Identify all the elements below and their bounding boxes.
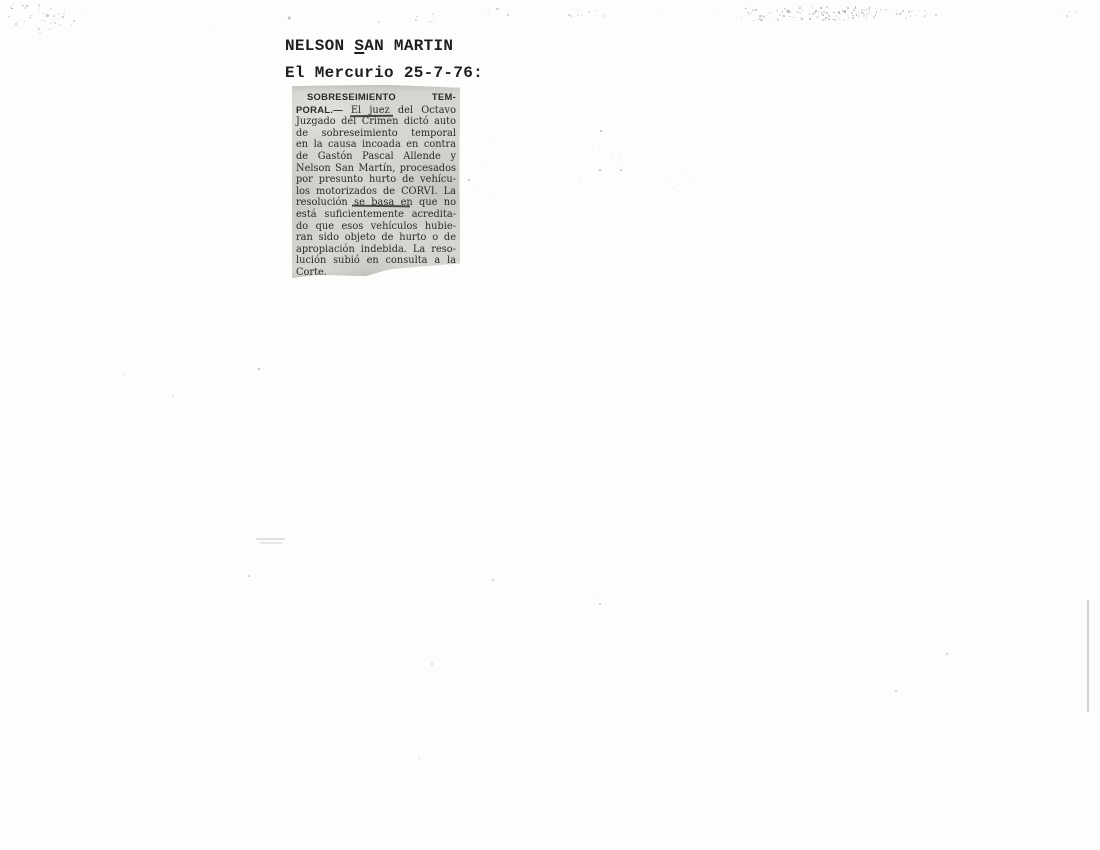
scan-noise-speck <box>809 13 811 15</box>
scan-noise-speck <box>741 17 743 19</box>
caption-source-line: El Mercurio 25-7-76: <box>285 60 483 87</box>
scan-noise-speck <box>47 16 48 17</box>
scan-noise-speck <box>828 18 830 20</box>
scan-noise-speck <box>482 163 483 164</box>
clipping-line: está suficientemente acredita- <box>296 209 456 221</box>
scan-noise-speck <box>468 179 470 181</box>
scan-noise-speck <box>833 12 835 14</box>
scan-noise-speck <box>915 14 917 16</box>
clipping-line: Juzgado del Crimen dictó auto <box>296 116 456 128</box>
scan-noise-speck <box>765 18 766 19</box>
caption-name-underlined-letter: S <box>354 37 364 55</box>
clipping-line: de sobreseimiento temporal <box>296 128 456 140</box>
news-clipping: SOBRESEIMIENTO TEM-PORAL.— El juez del O… <box>292 85 460 278</box>
scan-noise-speck <box>429 21 431 23</box>
scan-noise-speck <box>577 14 579 16</box>
scan-noise-speck <box>123 373 125 375</box>
scanned-page: NELSON SAN MARTIN El Mercurio 25-7-76: S… <box>0 0 1100 850</box>
scan-noise-speck <box>880 9 882 11</box>
scan-noise-speck <box>712 10 713 11</box>
scan-noise-speck <box>905 13 906 14</box>
scan-noise-speck <box>825 17 827 19</box>
scan-noise-speck <box>822 14 824 16</box>
scan-noise-speck <box>599 169 601 171</box>
scan-noise-speck <box>44 20 46 22</box>
scan-noise-speck <box>71 24 73 26</box>
scan-noise-speck <box>1075 11 1077 13</box>
clipping-line: resolución se basa en que no <box>296 197 456 209</box>
scan-noise-speck <box>760 20 761 21</box>
scan-noise-speck <box>73 20 75 22</box>
scan-noise-speck <box>865 18 867 20</box>
scan-noise-speck <box>570 15 572 17</box>
scan-noise-speck <box>926 13 927 14</box>
scan-noise-speck <box>858 12 860 14</box>
scan-noise-speck <box>853 10 854 11</box>
scan-noise-speck <box>611 152 612 153</box>
caption-name-post: AN MARTIN <box>364 37 453 55</box>
scan-noise-speck <box>600 130 602 132</box>
scan-noise-speck <box>899 13 901 15</box>
scan-noise-speck <box>415 19 417 21</box>
scan-noise-speck <box>44 25 46 27</box>
clipping-line: los motorizados de CORVI. La <box>296 186 456 198</box>
scan-noise-speck <box>620 169 622 171</box>
scan-noise-speck <box>797 11 798 12</box>
clipping-line: lución subió en consulta a la <box>296 255 456 267</box>
scan-noise-speck <box>1069 11 1070 12</box>
scan-noise-speck <box>418 757 420 759</box>
scan-noise-speck <box>599 603 601 605</box>
scan-noise-speck <box>828 14 829 15</box>
scan-noise-speck <box>868 9 870 11</box>
scan-noise-speck <box>906 18 907 19</box>
scan-noise-speck <box>809 18 811 20</box>
scan-noise-speck <box>686 173 687 174</box>
scan-noise-speck <box>884 9 886 11</box>
scan-noise-speck <box>58 24 59 25</box>
clipping-line: SOBRESEIMIENTO TEM- <box>296 91 456 104</box>
scan-noise-speck <box>568 14 570 16</box>
scan-noise-speck <box>902 10 904 12</box>
scan-noise-speck <box>908 11 910 13</box>
scan-noise-speck <box>826 6 828 8</box>
caption-name-pre: NELSON <box>285 37 354 55</box>
scan-noise-speck <box>911 11 912 12</box>
scan-noise-speck <box>780 8 781 9</box>
scan-noise-speck <box>751 12 752 13</box>
caption-name-line: NELSON SAN MARTIN <box>285 33 483 60</box>
scan-noise-speck <box>802 10 803 11</box>
scan-noise-speck <box>43 13 45 15</box>
scan-noise-speck <box>1057 12 1058 13</box>
clipping-line: apropiación indebida. La reso- <box>296 244 456 256</box>
scan-noise-speck <box>416 16 417 17</box>
scan-noise-speck <box>55 22 56 23</box>
scan-noise-speck <box>838 17 839 18</box>
scan-noise-speck <box>817 16 819 18</box>
scan-noise-speck <box>924 10 926 12</box>
scan-noise-speck <box>39 32 41 34</box>
scan-noise-speck <box>492 579 494 581</box>
scan-noise-speck <box>598 598 599 599</box>
scan-noise-speck <box>875 14 877 16</box>
scan-noise-speck <box>886 9 888 11</box>
scan-noise-speck <box>811 6 813 8</box>
scan-noise-speck <box>757 19 759 21</box>
scan-noise-speck <box>585 16 586 17</box>
scan-noise-speck <box>924 15 926 17</box>
scan-noise-speck <box>41 20 42 21</box>
scan-noise-speck <box>910 15 912 17</box>
scan-smudge <box>256 538 285 540</box>
scan-noise-speck <box>490 140 491 141</box>
scan-smudge <box>260 542 282 544</box>
clipping-line: PORAL.— El juez del Octavo <box>296 104 456 117</box>
scan-noise-speck <box>64 9 65 10</box>
scan-noise-speck <box>852 17 854 19</box>
scan-noise-speck <box>927 12 928 13</box>
scan-noise-speck <box>55 18 56 19</box>
scan-noise-speck <box>50 22 51 23</box>
scan-noise-speck <box>24 21 25 22</box>
scan-noise-speck <box>747 12 748 13</box>
scan-noise-speck <box>498 8 500 10</box>
scan-noise-speck <box>896 13 898 15</box>
scan-noise-speck <box>782 11 783 12</box>
scan-noise-speck <box>24 7 26 9</box>
scan-noise-speck <box>602 15 604 17</box>
scan-noise-speck <box>773 20 774 21</box>
scan-noise-speck <box>38 9 40 11</box>
scan-noise-speck <box>844 11 846 13</box>
scan-noise-speck <box>52 27 54 29</box>
scan-noise-speck <box>946 653 948 655</box>
scan-noise-speck <box>406 28 407 29</box>
scan-noise-speck <box>86 10 87 11</box>
scan-noise-speck <box>829 8 830 9</box>
scan-noise-speck <box>8 16 10 18</box>
scan-noise-speck <box>432 13 434 15</box>
scan-edge-artifact <box>1087 600 1089 712</box>
scan-noise-speck <box>258 368 260 370</box>
scan-noise-speck <box>812 13 814 15</box>
scan-noise-speck <box>855 6 856 7</box>
scan-noise-speck <box>477 187 478 188</box>
scan-noise-speck <box>866 13 868 15</box>
scan-noise-speck <box>38 4 40 6</box>
scan-noise-speck <box>248 575 250 577</box>
scan-noise-speck <box>507 14 509 16</box>
scan-noise-speck <box>38 28 40 30</box>
scan-noise-speck <box>581 14 583 16</box>
scan-noise-speck <box>1068 11 1069 12</box>
scan-noise-speck <box>835 15 837 17</box>
scan-noise-speck <box>783 15 785 17</box>
scan-noise-speck <box>791 12 792 13</box>
scan-noise-speck <box>779 14 781 16</box>
scan-noise-speck <box>40 12 41 13</box>
scan-noise-speck <box>63 18 65 20</box>
scan-noise-speck <box>13 4 14 5</box>
scan-noise-speck <box>776 9 778 11</box>
clipping-text: SOBRESEIMIENTO TEM-PORAL.— El juez del O… <box>296 91 456 279</box>
clipping-line: do que esos vehículos hubie- <box>296 221 456 233</box>
scan-noise-speck <box>840 14 841 15</box>
scan-noise-speck <box>688 182 689 183</box>
scan-noise-speck <box>595 15 596 16</box>
scan-noise-speck <box>787 10 789 12</box>
scan-noise-speck <box>873 16 874 17</box>
scan-noise-speck <box>752 10 754 12</box>
scan-noise-speck <box>847 10 848 11</box>
scan-noise-speck <box>865 16 866 17</box>
scan-noise-speck <box>789 16 790 17</box>
scan-noise-speck <box>847 7 849 9</box>
scan-noise-speck <box>793 17 794 18</box>
scan-noise-speck <box>507 9 508 10</box>
scan-noise-speck <box>800 12 801 13</box>
clipping-line: por presunto hurto de vehícu- <box>296 174 456 186</box>
scan-noise-speck <box>876 11 878 13</box>
scan-noise-speck <box>818 11 819 12</box>
clipping-line: Corte. <box>296 267 456 279</box>
scan-noise-speck <box>172 395 174 397</box>
scan-noise-speck <box>597 10 598 11</box>
scan-noise-speck <box>885 17 886 18</box>
scan-noise-speck <box>1058 15 1060 17</box>
scan-noise-speck <box>765 15 766 16</box>
scan-noise-speck <box>493 199 494 200</box>
scan-noise-speck <box>10 6 12 8</box>
scan-noise-speck <box>378 21 380 23</box>
scan-noise-speck <box>49 29 50 30</box>
scan-noise-speck <box>859 11 860 12</box>
scan-noise-speck <box>656 12 657 13</box>
scan-noise-speck <box>669 176 670 177</box>
scan-noise-speck <box>851 12 853 14</box>
clipping-line: ran sido objeto de hurto o de <box>296 232 456 244</box>
scan-noise-speck <box>599 149 600 150</box>
scan-noise-speck <box>1066 15 1068 17</box>
scan-noise-speck <box>799 7 801 9</box>
scan-noise-speck <box>58 13 60 15</box>
scan-noise-speck <box>823 11 825 13</box>
scan-noise-speck <box>673 187 674 188</box>
scan-noise-speck <box>31 17 33 19</box>
scan-noise-speck <box>432 21 433 22</box>
clipping-line: en la causa incoada en contra <box>296 139 456 151</box>
clipping-line: de Gastón Pascal Allende y <box>296 151 456 163</box>
scan-noise-speck <box>839 19 840 20</box>
scan-noise-speck <box>749 13 750 14</box>
scan-noise-speck <box>50 8 52 10</box>
scan-noise-speck <box>577 9 578 10</box>
scan-noise-speck <box>769 12 770 13</box>
scan-noise-speck <box>935 14 936 15</box>
scan-noise-speck <box>215 30 216 31</box>
scan-noise-speck <box>869 12 870 13</box>
scan-noise-speck <box>753 20 754 21</box>
scan-noise-speck <box>895 690 897 692</box>
scan-noise-speck <box>755 9 757 11</box>
scan-noise-speck <box>777 19 779 21</box>
scan-noise-speck <box>889 11 890 12</box>
scan-noise-speck <box>858 15 860 17</box>
scan-noise-speck <box>820 7 822 9</box>
scan-noise-speck <box>843 19 845 21</box>
scan-noise-speck <box>431 663 433 665</box>
scan-noise-speck <box>855 14 857 16</box>
scan-noise-speck <box>258 393 259 394</box>
scan-noise-speck <box>579 181 580 182</box>
scan-noise-speck <box>15 23 17 25</box>
scan-noise-speck <box>619 154 620 155</box>
scan-noise-speck <box>588 11 590 13</box>
scan-noise-speck <box>58 18 60 20</box>
scan-noise-speck <box>26 5 28 7</box>
clipping-line: Nelson San Martín, procesados <box>296 163 456 175</box>
scan-noise-speck <box>622 162 623 163</box>
scan-noise-speck <box>822 19 824 21</box>
scan-noise-speck <box>284 16 285 17</box>
scan-noise-speck <box>488 14 489 15</box>
typewritten-caption: NELSON SAN MARTIN El Mercurio 25-7-76: <box>285 33 483 87</box>
scan-noise-speck <box>63 12 65 14</box>
